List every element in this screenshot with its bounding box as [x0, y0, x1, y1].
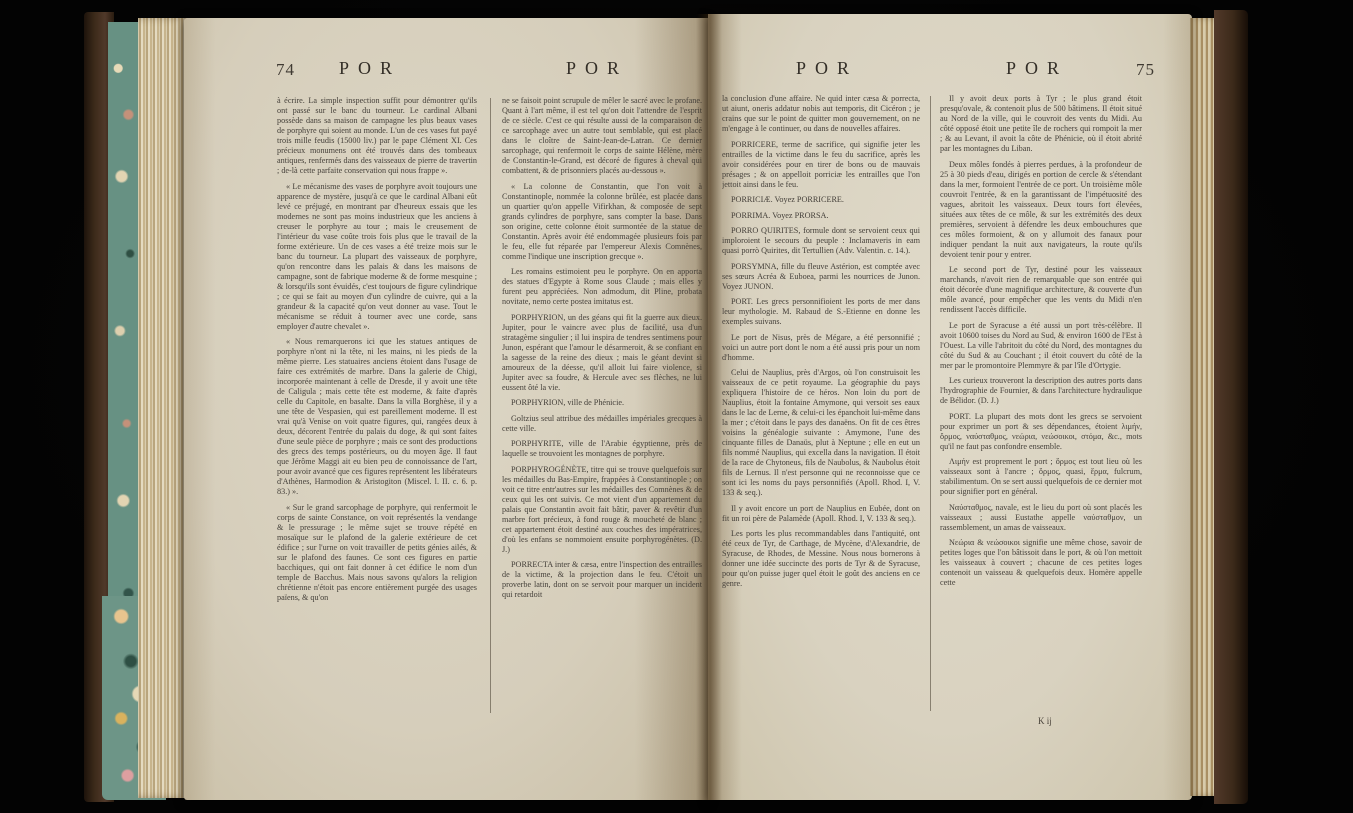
paragraph: « Sur le grand sarcophage de porphyre, q…	[277, 503, 477, 603]
paragraph: PORPHYRITE, ville de l'Arabie égyptienne…	[502, 439, 702, 459]
paragraph: Le port de Nisus, près de Mégare, a été …	[722, 333, 920, 363]
paragraph: PORRO QUIRITES, formule dont se servoien…	[722, 226, 920, 256]
running-head-right-col1: POR	[796, 58, 858, 79]
paragraph: PORRIMA. Voyez PRORSA.	[722, 211, 920, 221]
paragraph: Νεώρια & νεώσοικοι signifie une même cho…	[940, 538, 1142, 588]
open-book: 74 POR POR à écrire. La simple inspectio…	[84, 8, 1250, 806]
text-column-2: ne se faisoit point scrupule de mêler le…	[502, 96, 702, 716]
paragraph: Le second port de Tyr, destiné pour les …	[940, 265, 1142, 315]
paragraph: PORPHYRION, ville de Phénicie.	[502, 398, 702, 408]
page-number-left: 74	[276, 60, 295, 80]
left-page: 74 POR POR à écrire. La simple inspectio…	[184, 18, 708, 800]
paragraph: Deux môles fondés à pierres perdues, à l…	[940, 160, 1142, 260]
paragraph: Les romains estimoient peu le porphyre. …	[502, 267, 702, 307]
paragraph: Il y avoit deux ports à Tyr ; le plus gr…	[940, 94, 1142, 154]
photo-background: 74 POR POR à écrire. La simple inspectio…	[0, 0, 1353, 813]
paragraph: PORPHYRION, un des géans qui fit la guer…	[502, 313, 702, 393]
paragraph: Celui de Nauplius, près d'Argos, où l'on…	[722, 368, 920, 498]
paragraph: PORT. La plupart des mots dont les grecs…	[940, 412, 1142, 452]
signature-mark: K ij	[1038, 716, 1052, 726]
paragraph: la conclusion d'une affaire. Ne quid int…	[722, 94, 920, 134]
paragraph: PORT. Les grecs personnifioient les port…	[722, 297, 920, 327]
page-number-right: 75	[1136, 60, 1155, 80]
paragraph: PORRICIÆ. Voyez PORRICERE.	[722, 195, 920, 205]
paragraph: PORPHYROGÉNÈTE, titre qui se trouve quel…	[502, 465, 702, 555]
text-column-4: Il y avoit deux ports à Tyr ; le plus gr…	[940, 94, 1142, 714]
paragraph: à écrire. La simple inspection suffit po…	[277, 96, 477, 176]
paragraph: PORRECTA inter & cæsa, entre l'inspectio…	[502, 560, 702, 600]
paragraph: « Le mécanisme des vases de porphyre avo…	[277, 182, 477, 332]
paragraph: Goltzius seul attribue des médailles imp…	[502, 414, 702, 434]
paragraph: Les ports les plus recommandables dans l…	[722, 529, 920, 589]
right-page: POR POR 75 la conclusion d'une affaire. …	[708, 14, 1192, 800]
paragraph: Il y avoit encore un port de Nauplius en…	[722, 504, 920, 524]
running-head-left-col2: POR	[566, 58, 628, 79]
running-head-left-col1: POR	[339, 58, 401, 79]
page-stack-fore-edge-left	[138, 18, 188, 798]
text-column-3: la conclusion d'une affaire. Ne quid int…	[722, 94, 920, 714]
paragraph: Λιμήν est proprement le port ; ὅρμος est…	[940, 457, 1142, 497]
text-column-1: à écrire. La simple inspection suffit po…	[277, 96, 477, 716]
paragraph: « La colonne de Constantin, que l'on voi…	[502, 182, 702, 262]
paragraph: « Nous remarquerons ici que les statues …	[277, 337, 477, 497]
column-divider-rule	[490, 98, 491, 713]
page-stack-fore-edge-right	[1190, 18, 1216, 796]
paragraph: PORSYMNA, fille du fleuve Astérion, est …	[722, 262, 920, 292]
column-divider-rule	[930, 96, 931, 711]
running-head-right-col2: POR	[1006, 58, 1068, 79]
paragraph: Ναύσταθμος, navale, est le lieu du port …	[940, 503, 1142, 533]
paragraph: Les curieux trouveront la description de…	[940, 376, 1142, 406]
paragraph: Le port de Syracuse a été aussi un port …	[940, 321, 1142, 371]
paragraph: ne se faisoit point scrupule de mêler le…	[502, 96, 702, 176]
paragraph: PORRICERE, terme de sacrifice, qui signi…	[722, 140, 920, 190]
book-cover-right-edge	[1214, 10, 1248, 804]
